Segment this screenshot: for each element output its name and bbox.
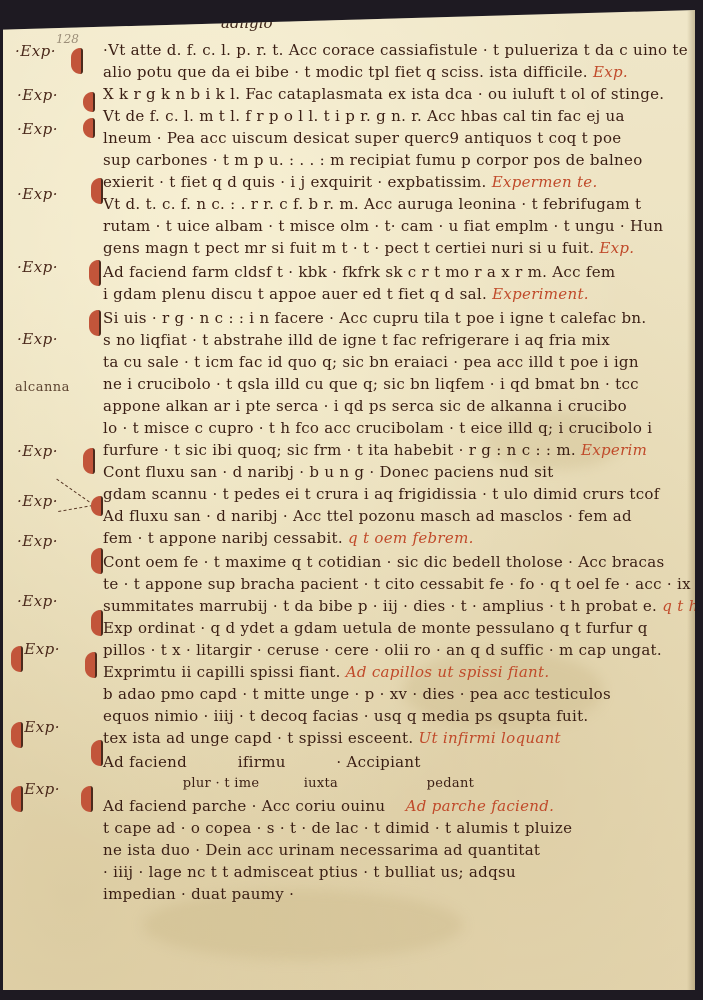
paragraph-mark-icon — [83, 448, 95, 474]
text-line: b adao pmo capd · t mitte unge · p · xv … — [103, 684, 611, 704]
paragraph-mark-icon — [11, 722, 23, 748]
text-line: lo · t misce c cupro · t h fco acc cruci… — [103, 418, 652, 438]
margin-note-exp: ·Exp· — [15, 42, 56, 60]
margin-note-exp: ·Exp· — [19, 640, 60, 658]
text-line: pillos · t x · litargir · ceruse · cere … — [103, 640, 662, 660]
paragraph-mark-icon — [89, 310, 101, 336]
page-edge-shadow — [687, 10, 695, 990]
paragraph-mark-icon — [91, 610, 103, 636]
paragraph-mark-icon — [91, 548, 103, 574]
margin-note-exp: ·Exp· — [17, 330, 58, 348]
text-line-interlinear: plur · t ime iuxta pedant — [103, 774, 479, 794]
paragraph-mark-icon — [91, 178, 103, 204]
text-line: Cont fluxu san · d naribj · b u n g · Do… — [103, 462, 554, 482]
text-line: fem · t appone naribj cessabit. q t oem … — [103, 528, 474, 548]
text-line: Vt d. t. c. f. n c. : . r r. c f. b r. m… — [103, 194, 641, 214]
text-line: Vt de f. c. l. m t l. f r p o l l. t i p… — [103, 106, 625, 126]
margin-note-exp: ·Exp· — [17, 258, 58, 276]
paragraph-mark-icon — [91, 496, 103, 516]
margin-note-exp: ·Exp· — [17, 592, 58, 610]
margin-note-exp: ·Exp· — [17, 492, 58, 510]
paragraph-mark-icon — [91, 740, 103, 766]
margin-note-exp: ·Exp· — [19, 718, 60, 736]
text-line: Ad faciend ifirmu · Accipiant — [103, 752, 426, 772]
text-line: lneum · Pea acc uiscum desicat super que… — [103, 128, 621, 148]
paragraph-mark-icon — [81, 786, 93, 812]
margin-note-exp: ·Exp· — [17, 532, 58, 550]
text-line: summitates marrubij · t da bibe p · iij … — [103, 596, 703, 616]
margin-connector-line — [58, 505, 93, 512]
text-line: Ad faciend parche · Acc coriu ouinu Ad p… — [103, 796, 554, 816]
text-line: · iiij · lage nc t t admisceat ptius · t… — [103, 862, 516, 882]
paragraph-mark-icon — [11, 646, 23, 672]
margin-note-exp: ·Exp· — [17, 185, 58, 203]
text-line: appone alkan ar i pte serca · i qd ps se… — [103, 396, 627, 416]
text-line: equos nimio · iiij · t decoq facias · us… — [103, 706, 589, 726]
text-line: ne i crucibolo · t qsla illd cu que q; s… — [103, 374, 639, 394]
text-line: Ad faciend farm cldsf t · kbk · fkfrk sk… — [103, 262, 615, 282]
text-line: alio potu que da ei bibe · t modic tpl f… — [103, 62, 628, 82]
text-line: te · t appone sup bracha pacient · t cit… — [103, 574, 701, 594]
text-line: rutam · t uice albam · t misce olm · t· … — [103, 216, 663, 236]
paragraph-mark-icon — [83, 118, 95, 138]
text-line: s no liqfiat · t abstrahe illd de igne t… — [103, 330, 610, 350]
text-line: ta cu sale · t icm fac id quo q; sic bn … — [103, 352, 639, 372]
text-line: exierit · t fiet q d quis · i j exquirit… — [103, 172, 598, 192]
margin-connector-line — [56, 479, 89, 503]
margin-note-exp: ·Exp· — [19, 780, 60, 798]
text-line: i gdam plenu discu t appoe auer ed t fie… — [103, 284, 589, 304]
paragraph-mark-icon — [71, 48, 83, 74]
text-line: ne ista duo · Dein acc urinam necessarim… — [103, 840, 540, 860]
paragraph-mark-icon — [11, 786, 23, 812]
text-line: Cont oem fe · t maxime q t cotidian · si… — [103, 552, 664, 572]
margin-note-exp: ·Exp· — [17, 120, 58, 138]
text-line: gens magn t pect mr si fuit m t · t · pe… — [103, 238, 634, 258]
margin-note-alcanna: alcanna — [15, 380, 70, 395]
text-line: t cape ad · o copea · s · t · de lac · t… — [103, 818, 572, 838]
text-line: impedian · duat paumy · — [103, 884, 294, 904]
margin-note-exp: ·Exp· — [17, 442, 58, 460]
text-line: X k r g k n b i k l. Fac cataplasmata ex… — [103, 84, 664, 104]
text-line: gdam scannu · t pedes ei t crura i aq fr… — [103, 484, 660, 504]
margin-note-exp: ·Exp· — [17, 86, 58, 104]
text-line: sup carbones · t m p u. : . . : m recipi… — [103, 150, 643, 170]
left-margin: ·Exp· ·Exp· ·Exp· ·Exp· ·Exp· ·Exp· alca… — [3, 10, 93, 990]
manuscript-folio: 128 adiigio ·Exp· ·Exp· ·Exp· ·Exp· ·Exp… — [3, 10, 695, 990]
text-line: Ad fluxu san · d naribj · Acc ttel pozon… — [103, 506, 632, 526]
paragraph-mark-icon — [83, 92, 95, 112]
text-line: furfure · t sic ibi quoq; sic frm · t it… — [103, 440, 647, 460]
text-line: tex ista ad unge capd · t spissi esceent… — [103, 728, 561, 748]
paragraph-mark-icon — [89, 260, 101, 286]
text-line: ·Vt atte d. f. c. l. p. r. t. Acc corace… — [103, 40, 688, 60]
top-gloss: adiigio — [221, 14, 273, 32]
text-line: Si uis · r g · n c : : i n facere · Acc … — [103, 308, 646, 328]
paragraph-mark-icon — [85, 652, 97, 678]
text-line: Exprimtu ii capilli spissi fiant. Ad cap… — [103, 662, 549, 682]
text-line: Exp ordinat · q d ydet a gdam uetula de … — [103, 618, 648, 638]
